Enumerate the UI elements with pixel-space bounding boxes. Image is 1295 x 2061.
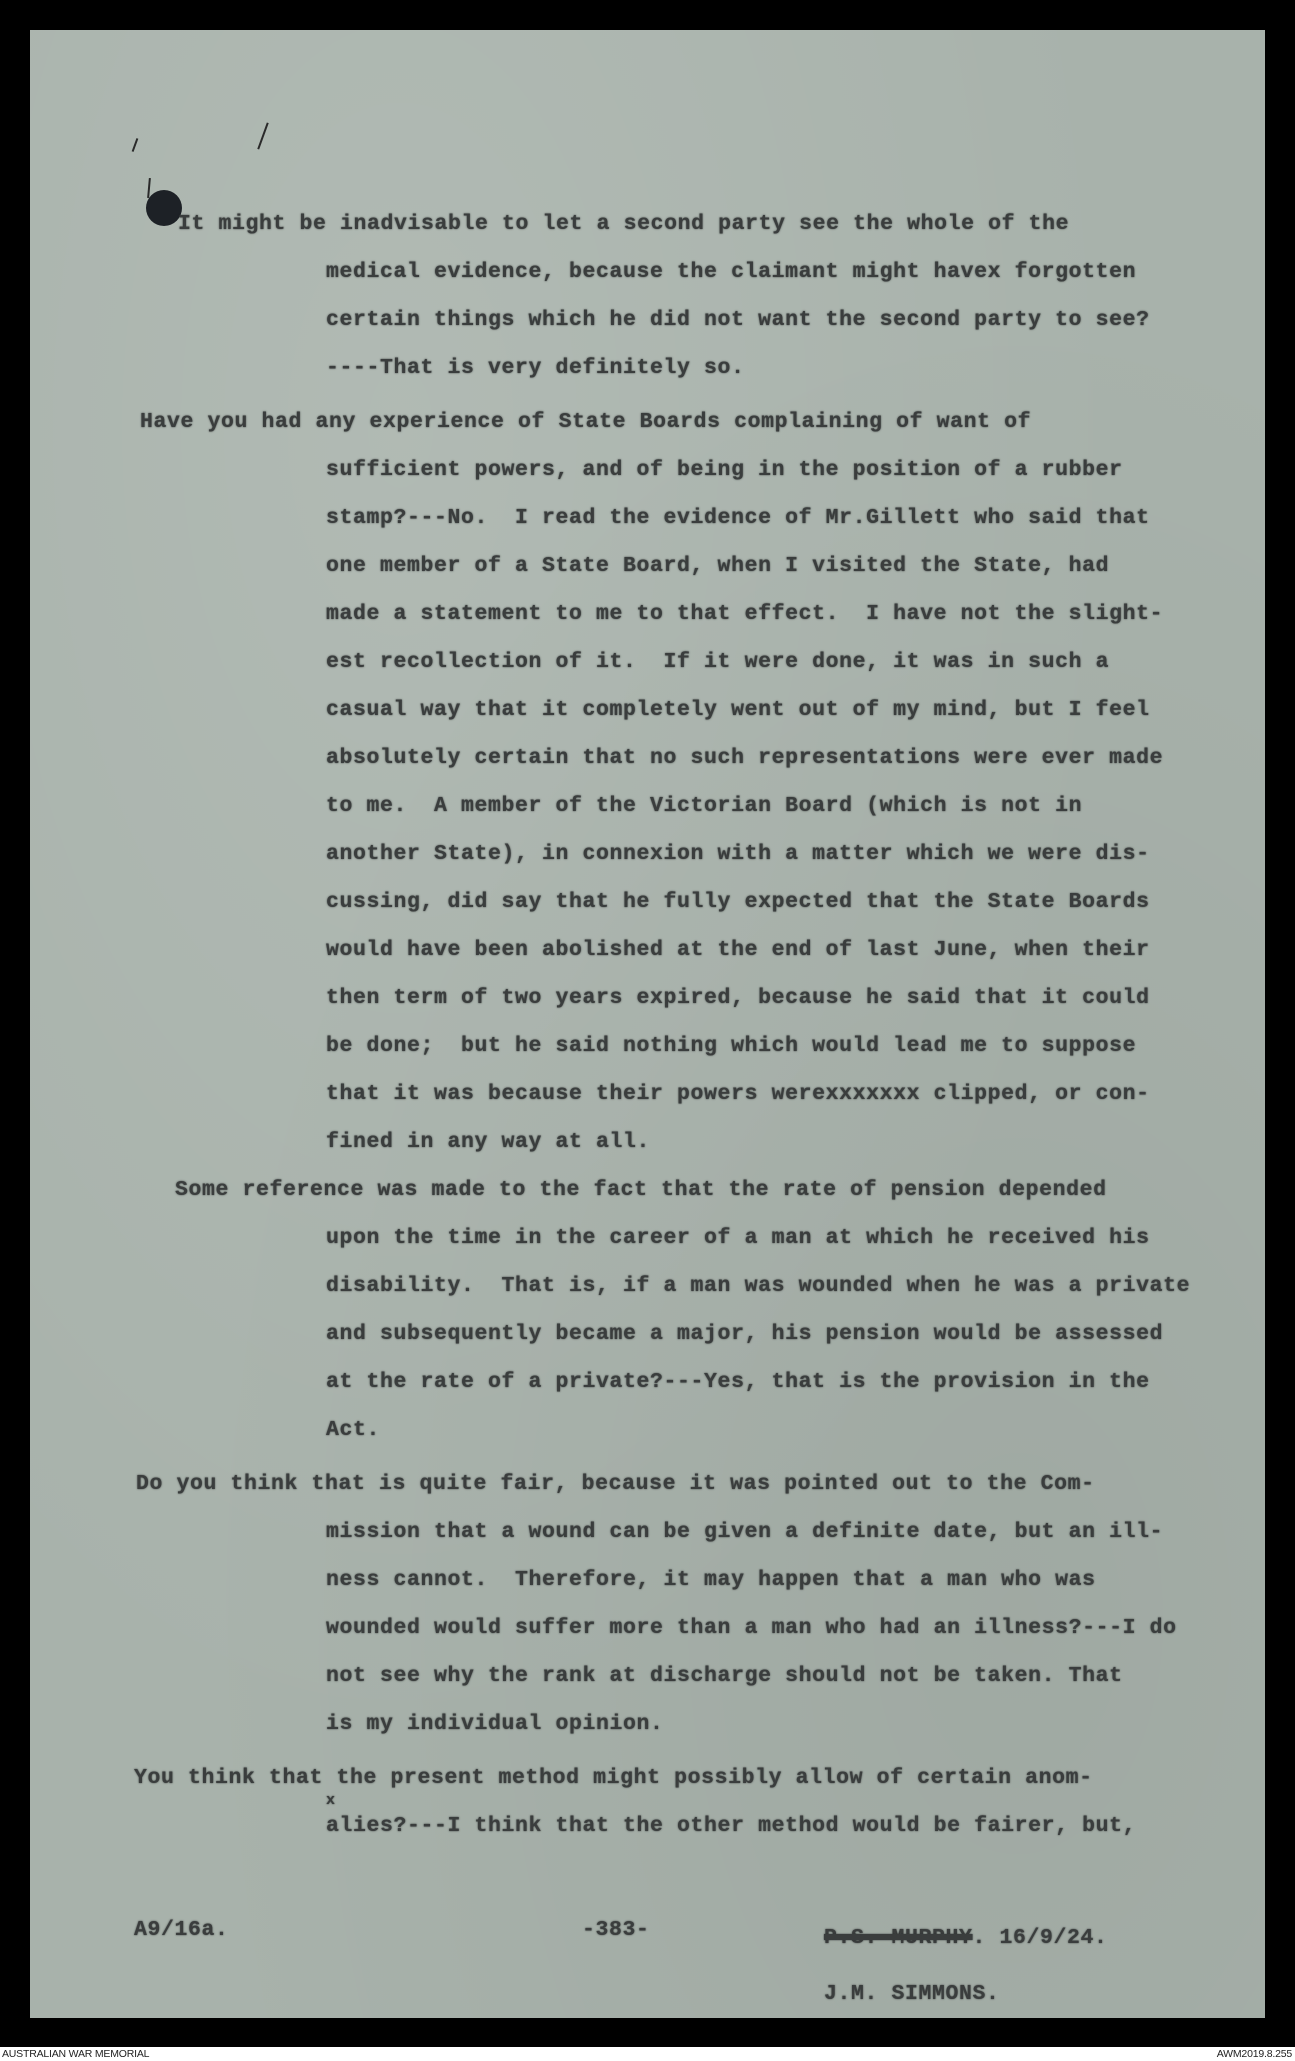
text-line: ----That is very definitely so.: [326, 356, 745, 380]
text-line: is my individual opinion.: [326, 1712, 664, 1736]
text-line: Act.: [326, 1418, 380, 1442]
text-line: mission that a wound can be given a defi…: [326, 1520, 1163, 1544]
text-line: casual way that it completely went out o…: [326, 698, 1150, 722]
text-line: upon the time in the career of a man at …: [326, 1226, 1150, 1250]
reference-code: A9/16a.: [134, 1918, 229, 1942]
text-line: another State), in connexion with a matt…: [326, 842, 1150, 866]
tear-mark-icon: [257, 123, 268, 150]
text-line: ness cannot. Therefore, it may happen th…: [326, 1568, 1096, 1592]
text-line: one member of a State Board, when I visi…: [326, 554, 1109, 578]
text-line: certain things which he did not want the…: [326, 308, 1150, 332]
text-line: would have been abolished at the end of …: [326, 938, 1150, 962]
item-id-label: AWM2019.8.255: [1217, 2047, 1292, 2061]
text-line: alies?---I think that the other method w…: [326, 1814, 1136, 1838]
text-line: You think that the present method might …: [134, 1766, 1093, 1790]
page-number: -383-: [582, 1918, 650, 1942]
text-line: fined in any way at all.: [326, 1130, 650, 1154]
text-line: not see why the rank at discharge should…: [326, 1664, 1123, 1688]
text-line: Do you think that is quite fair, because…: [136, 1472, 1095, 1496]
typed-page: It might be inadvisable to let a second …: [30, 30, 1265, 2018]
text-line: medical evidence, because the claimant m…: [326, 260, 1136, 284]
typist-initials: J.M. SIMMONS.: [824, 1982, 1000, 2006]
archive-caption-strip: AUSTRALIAN WAR MEMORIAL AWM2019.8.255: [0, 2047, 1295, 2061]
text-line: disability. That is, if a man was wounde…: [326, 1274, 1190, 1298]
scan-frame: It might be inadvisable to let a second …: [0, 0, 1295, 2047]
institution-label: AUSTRALIAN WAR MEMORIAL: [2, 2047, 149, 2061]
text-line: sufficient powers, and of being in the p…: [326, 458, 1123, 482]
text-line: at the rate of a private?---Yes, that is…: [326, 1370, 1150, 1394]
text-line: cussing, did say that he fully expected …: [326, 890, 1150, 914]
tear-mark-icon: [132, 138, 139, 152]
text-line: stamp?---No. I read the evidence of Mr.G…: [326, 506, 1150, 530]
text-line: It might be inadvisable to let a second …: [178, 212, 1069, 236]
text-line: wounded would suffer more than a man who…: [326, 1616, 1177, 1640]
document-date: . 16/9/24.: [973, 1926, 1108, 1950]
text-line: Some reference was made to the fact that…: [175, 1178, 1107, 1202]
struck-out-name: P.S. MURPHY: [824, 1926, 973, 1950]
text-line: made a statement to me to that effect. I…: [326, 602, 1163, 626]
punch-hole-icon: [146, 190, 182, 226]
text-line: est recollection of it. If it were done,…: [326, 650, 1109, 674]
typed-correction-mark: x: [326, 1792, 336, 1809]
reporter-stamp: P.S. MURPHY. 16/9/24.: [824, 1926, 1108, 1950]
text-line: be done; but he said nothing which would…: [326, 1034, 1136, 1058]
text-line: to me. A member of the Victorian Board (…: [326, 794, 1082, 818]
text-line: and subsequently became a major, his pen…: [326, 1322, 1163, 1346]
text-line: that it was because their powers werexxx…: [326, 1082, 1150, 1106]
text-line: then term of two years expired, because …: [326, 986, 1150, 1010]
text-line: absolutely certain that no such represen…: [326, 746, 1163, 770]
text-line: Have you had any experience of State Boa…: [140, 410, 1031, 434]
